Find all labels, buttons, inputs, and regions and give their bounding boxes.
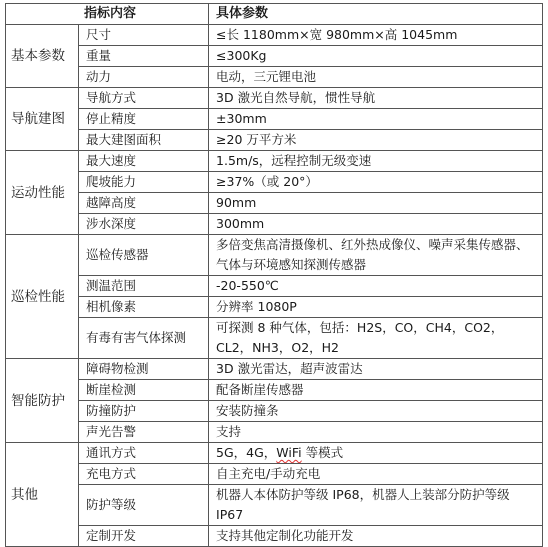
header-row: 指标内容 具体参数 [6, 4, 543, 25]
spec-table: 指标内容 具体参数 基本参数 尺寸 ≤长 1180mm×宽 980mm×高 10… [5, 3, 543, 547]
row-label: 有毒有害气体探测 [79, 318, 209, 359]
table-row: 导航建图 导航方式 3D 激光自然导航，惯性导航 [6, 88, 543, 109]
row-value: ≤长 1180mm×宽 980mm×高 1045mm [209, 25, 543, 46]
row-value: ±30mm [209, 109, 543, 130]
row-value: ≥20 万平方米 [209, 130, 543, 151]
value-text: 等模式 [302, 445, 343, 460]
row-label: 越障高度 [79, 193, 209, 214]
row-label: 最大速度 [79, 151, 209, 172]
value-text: 5G，4G， [216, 445, 276, 460]
row-value: -20-550℃ [209, 276, 543, 297]
row-label: 相机像素 [79, 297, 209, 318]
table-row: 爬坡能力 ≥37%（或 20°） [6, 172, 543, 193]
table-row: 智能防护 障碍物检测 3D 激光雷达，超声波雷达 [6, 359, 543, 380]
row-label: 断崖检测 [79, 380, 209, 401]
row-label: 充电方式 [79, 464, 209, 485]
row-value: 多倍变焦高清摄像机、红外热成像仪、噪声采集传感器、气体与环境感知探测传感器 [209, 235, 543, 276]
row-value: 支持 [209, 422, 543, 443]
group-inspection-performance: 巡检性能 [6, 235, 79, 359]
row-value: 支持其他定制化功能开发 [209, 526, 543, 547]
spellcheck-flagged-word: WiFi [276, 445, 301, 460]
row-label: 重量 [79, 46, 209, 67]
table-row: 相机像素 分辨率 1080P [6, 297, 543, 318]
row-value: 90mm [209, 193, 543, 214]
table-row: 充电方式 自主充电/手动充电 [6, 464, 543, 485]
row-value: 可探测 8 种气体，包括：H2S，CO，CH4，CO2，CL2，NH3，O2，H… [209, 318, 543, 359]
table-row: 巡检性能 巡检传感器 多倍变焦高清摄像机、红外热成像仪、噪声采集传感器、气体与环… [6, 235, 543, 276]
table-row: 基本参数 尺寸 ≤长 1180mm×宽 980mm×高 1045mm [6, 25, 543, 46]
table-row: 涉水深度 300mm [6, 214, 543, 235]
table-row: 有毒有害气体探测 可探测 8 种气体，包括：H2S，CO，CH4，CO2，CL2… [6, 318, 543, 359]
group-other: 其他 [6, 443, 79, 547]
row-value: 3D 激光雷达，超声波雷达 [209, 359, 543, 380]
row-label: 涉水深度 [79, 214, 209, 235]
row-label: 防护等级 [79, 485, 209, 526]
row-label: 通讯方式 [79, 443, 209, 464]
row-label: 爬坡能力 [79, 172, 209, 193]
row-value: 1.5m/s，远程控制无级变速 [209, 151, 543, 172]
row-label: 障碍物检测 [79, 359, 209, 380]
row-value: 电动，三元锂电池 [209, 67, 543, 88]
table-row: 断崖检测 配备断崖传感器 [6, 380, 543, 401]
table-row: 定制开发 支持其他定制化功能开发 [6, 526, 543, 547]
row-label: 定制开发 [79, 526, 209, 547]
row-value: 配备断崖传感器 [209, 380, 543, 401]
table-row: 动力 电动，三元锂电池 [6, 67, 543, 88]
row-value: 自主充电/手动充电 [209, 464, 543, 485]
row-label: 导航方式 [79, 88, 209, 109]
table-row: 越障高度 90mm [6, 193, 543, 214]
row-label: 声光告警 [79, 422, 209, 443]
row-value: 安装防撞条 [209, 401, 543, 422]
row-value: 机器人本体防护等级 IP68，机器人上装部分防护等级 IP67 [209, 485, 543, 526]
table-row: 防撞防护 安装防撞条 [6, 401, 543, 422]
row-label: 尺寸 [79, 25, 209, 46]
group-navigation-mapping: 导航建图 [6, 88, 79, 151]
table-row: 重量 ≤300Kg [6, 46, 543, 67]
table-row: 其他 通讯方式 5G，4G，WiFi 等模式 [6, 443, 543, 464]
header-index-content: 指标内容 [6, 4, 209, 25]
table-row: 停止精度 ±30mm [6, 109, 543, 130]
row-label: 动力 [79, 67, 209, 88]
row-label: 测温范围 [79, 276, 209, 297]
row-value: 3D 激光自然导航，惯性导航 [209, 88, 543, 109]
row-label: 停止精度 [79, 109, 209, 130]
group-smart-protection: 智能防护 [6, 359, 79, 443]
table-row: 测温范围 -20-550℃ [6, 276, 543, 297]
row-value: 分辨率 1080P [209, 297, 543, 318]
group-motion-performance: 运动性能 [6, 151, 79, 235]
table-row: 运动性能 最大速度 1.5m/s，远程控制无级变速 [6, 151, 543, 172]
table-row: 最大建图面积 ≥20 万平方米 [6, 130, 543, 151]
row-value: ≤300Kg [209, 46, 543, 67]
row-label: 巡检传感器 [79, 235, 209, 276]
table-row: 防护等级 机器人本体防护等级 IP68，机器人上装部分防护等级 IP67 [6, 485, 543, 526]
row-value: 300mm [209, 214, 543, 235]
table-row: 声光告警 支持 [6, 422, 543, 443]
row-value: ≥37%（或 20°） [209, 172, 543, 193]
row-label: 最大建图面积 [79, 130, 209, 151]
row-label: 防撞防护 [79, 401, 209, 422]
row-value: 5G，4G，WiFi 等模式 [209, 443, 543, 464]
group-basic-params: 基本参数 [6, 25, 79, 88]
header-specific-params: 具体参数 [209, 4, 543, 25]
